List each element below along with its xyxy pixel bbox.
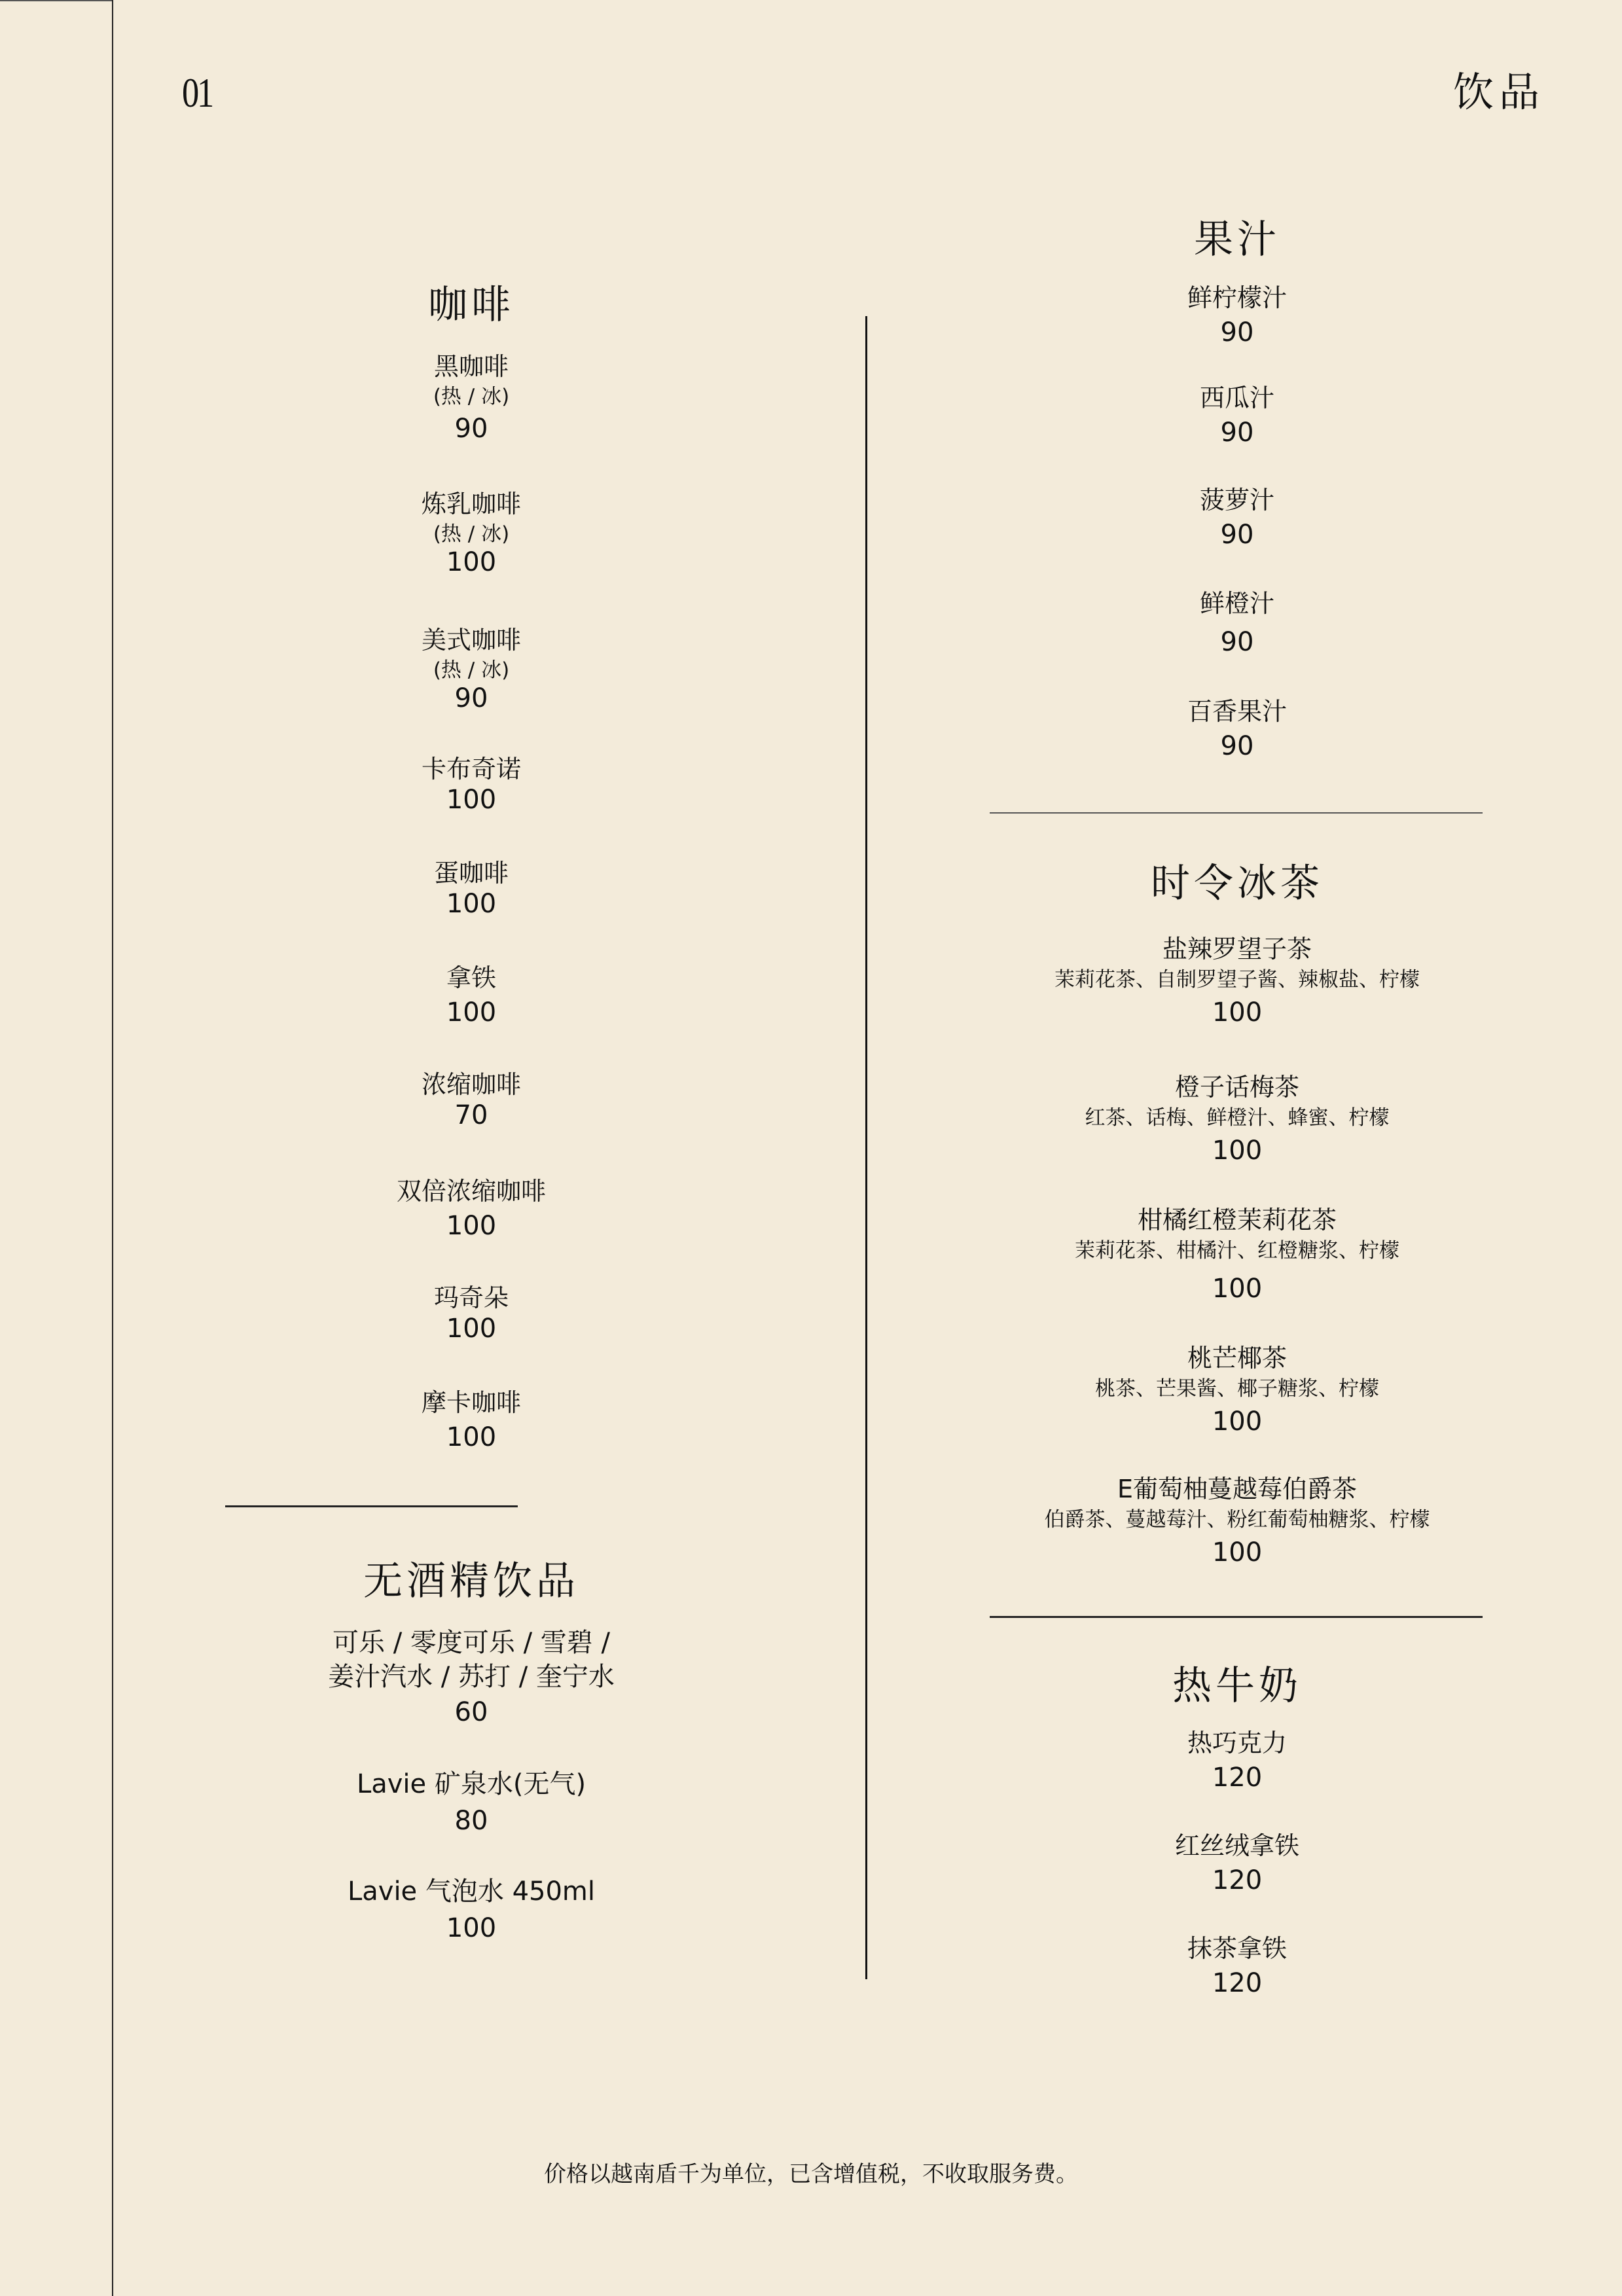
menu-item: Lavie 矿泉水(无气) 80 bbox=[236, 1766, 707, 1839]
section-hot-milk: 热牛奶 热巧克力 120 红丝绒拿铁 120 抹茶拿铁 120 bbox=[962, 0, 1512, 2296]
menu-item: Lavie 气泡水 450ml 100 bbox=[236, 1873, 707, 1946]
page-top-edge bbox=[0, 0, 113, 1]
item-price: 80 bbox=[236, 1803, 707, 1839]
item-price: 120 bbox=[962, 1965, 1512, 2001]
page-number: 01 bbox=[182, 72, 212, 114]
item-name-line1: 可乐 / 零度可乐 / 雪碧 / bbox=[236, 1626, 707, 1660]
item-price: 60 bbox=[236, 1694, 707, 1731]
item-name-line2: 姜汁汽水 / 苏打 / 奎宁水 bbox=[236, 1660, 707, 1694]
item-name: Lavie 气泡水 450ml bbox=[236, 1873, 707, 1910]
item-name: 抹茶拿铁 bbox=[962, 1932, 1512, 1965]
item-price: 100 bbox=[236, 1910, 707, 1946]
section-soft-drinks: 无酒精饮品 可乐 / 零度可乐 / 雪碧 / 姜汁汽水 / 苏打 / 奎宁水 6… bbox=[236, 0, 707, 2296]
section-title-hot-milk: 热牛奶 bbox=[962, 1661, 1512, 1711]
item-name: 红丝绒拿铁 bbox=[962, 1829, 1512, 1862]
section-title-soft-drinks: 无酒精饮品 bbox=[236, 1556, 707, 1606]
item-name: Lavie 矿泉水(无气) bbox=[236, 1766, 707, 1803]
item-price: 120 bbox=[962, 1862, 1512, 1899]
item-name: 热巧克力 bbox=[962, 1727, 1512, 1759]
footer-price-note: 价格以越南盾千为单位，已含增值税，不收取服务费。 bbox=[0, 2160, 1622, 2189]
menu-item: 红丝绒拿铁 120 bbox=[962, 1829, 1512, 1899]
menu-item: 抹茶拿铁 120 bbox=[962, 1932, 1512, 2001]
item-price: 120 bbox=[962, 1759, 1512, 1796]
column-divider bbox=[865, 316, 867, 1979]
menu-item: 热巧克力 120 bbox=[962, 1727, 1512, 1796]
menu-item: 可乐 / 零度可乐 / 雪碧 / 姜汁汽水 / 苏打 / 奎宁水 60 bbox=[236, 1626, 707, 1731]
binding-margin-line bbox=[112, 0, 113, 2296]
